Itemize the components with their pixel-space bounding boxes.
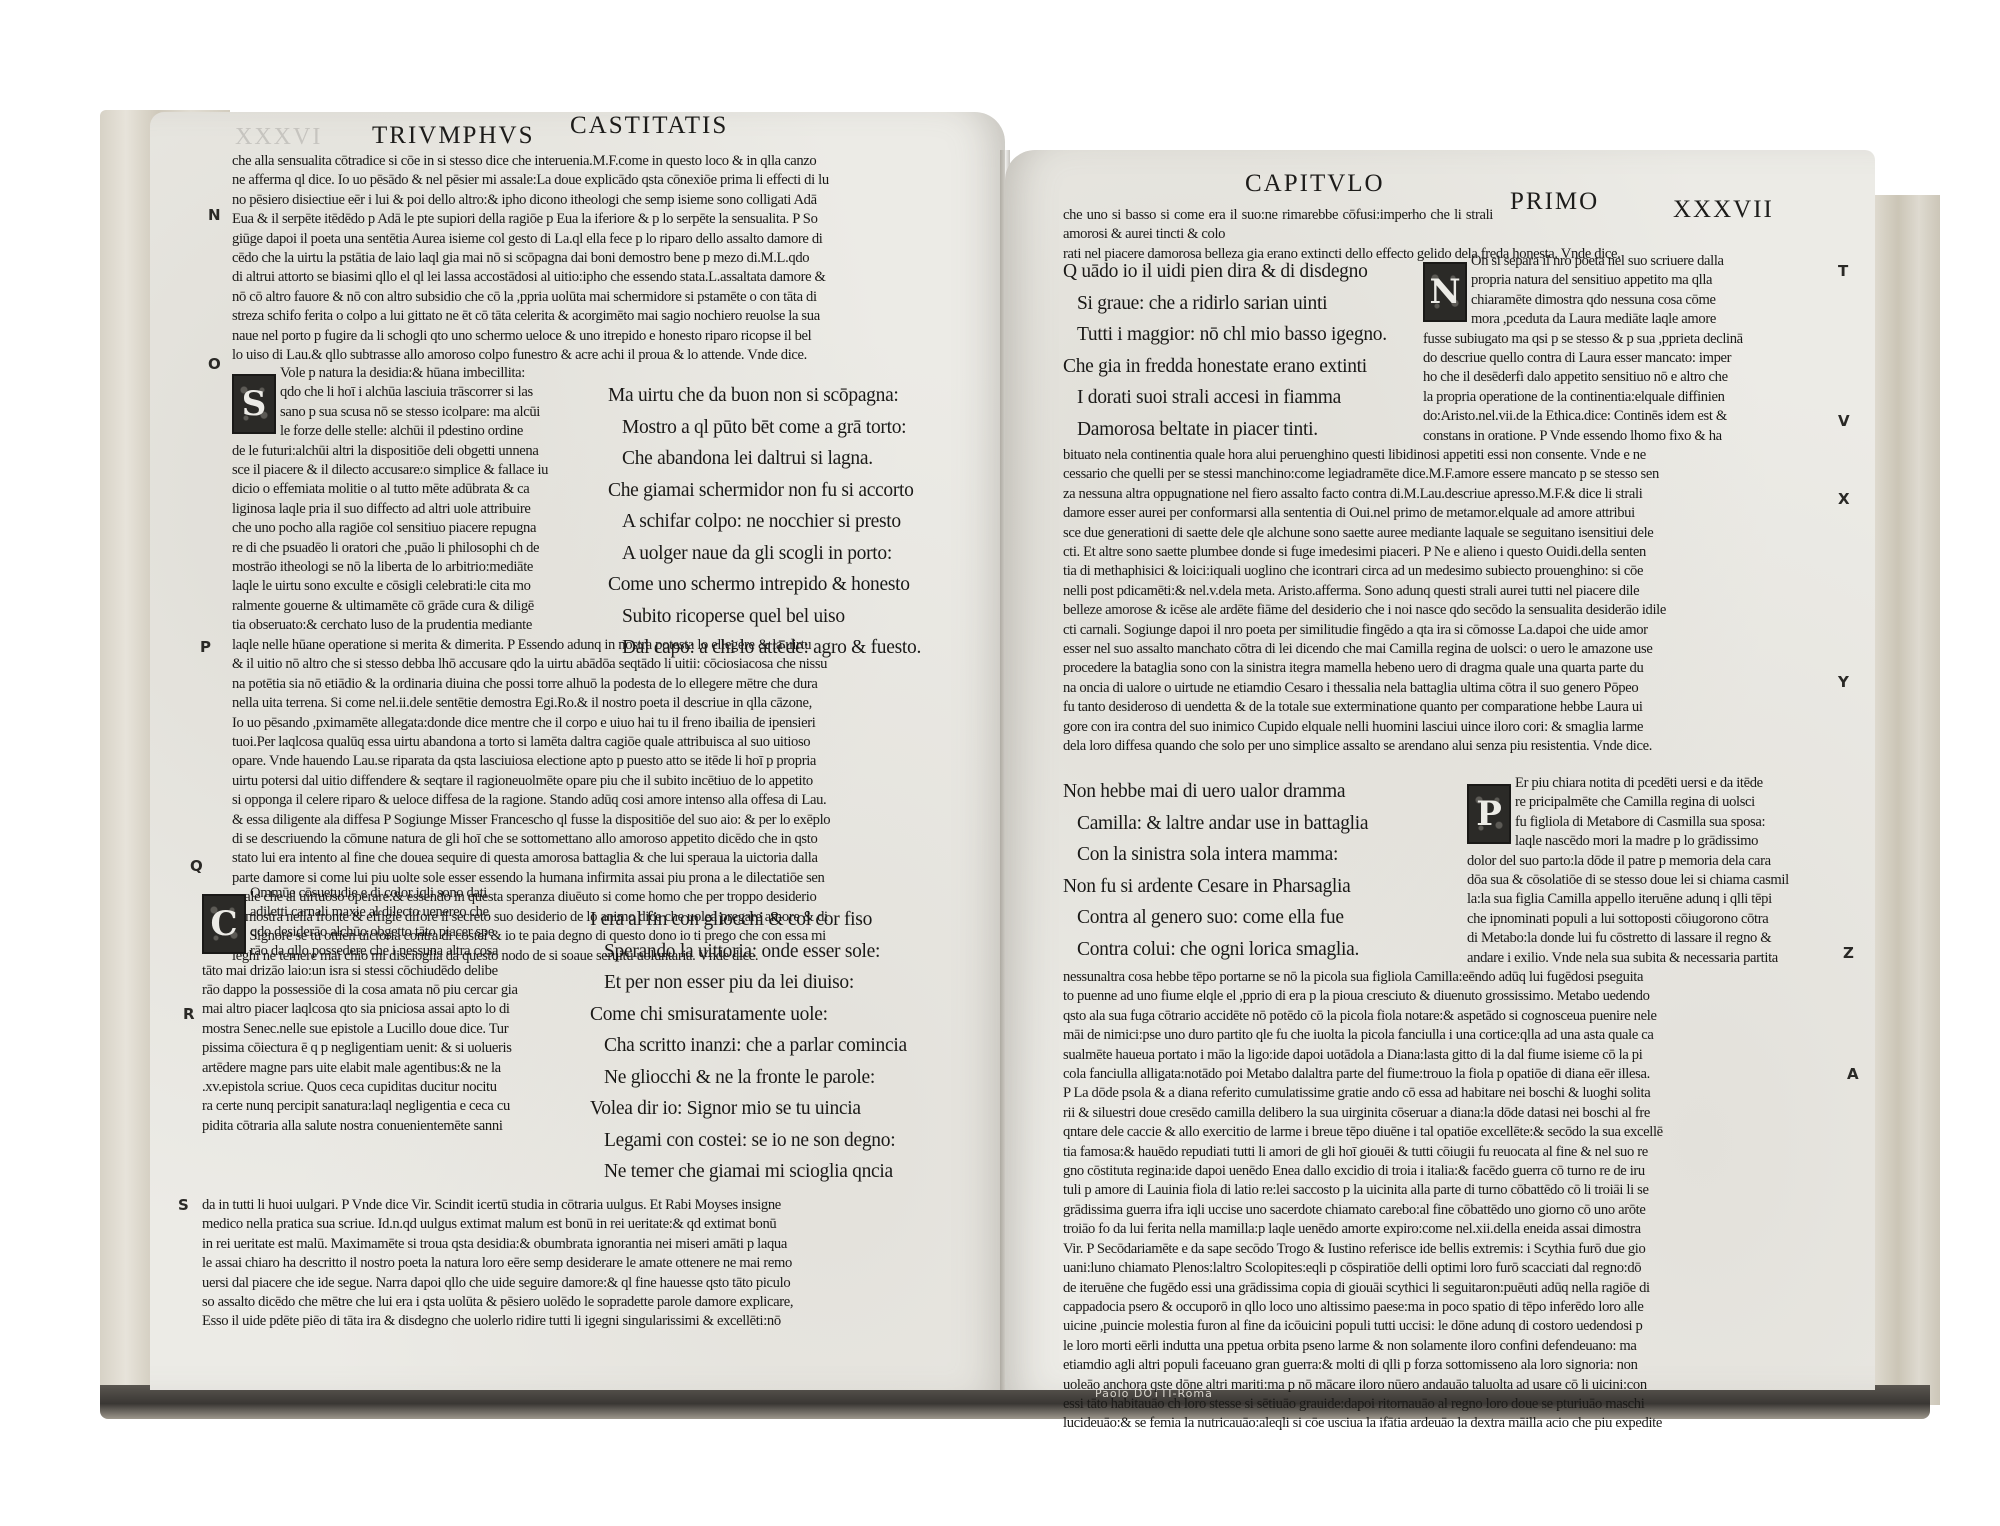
text-line: lucideuāo:& se femia la nutricauāo:aleql… — [1063, 1414, 1833, 1433]
text-line: adiletti carnali maxie al dilecto uenere… — [202, 903, 570, 922]
verse-line: I dorati suoi strali accesi in fiamma — [1063, 382, 1423, 414]
text-line: naue nel porto p fugire da li schogli qt… — [232, 327, 992, 346]
marginal-signature-y: Y — [1838, 673, 1849, 691]
text-line: de iteruēne che fugēdo essi una grādissi… — [1063, 1279, 1833, 1298]
text-line: di altrui attorto se biasimi qllo el ql … — [232, 268, 992, 287]
text-line: artēdere magne pars uite elabit male age… — [202, 1059, 570, 1078]
text-line: Ommūe cōsuetudie e di color iqli sono da… — [202, 884, 570, 903]
text-line: ho che il desēderfi dalo appetito sensit… — [1423, 368, 1823, 387]
ghost-folio-showthrough: XXXVI — [235, 124, 322, 151]
text-line: uersi dal piacere che ide segue. Narra d… — [202, 1274, 992, 1293]
text-line: di Metabo:la donde lui fu cōstretto di l… — [1467, 929, 1827, 948]
text-line: laqle nelle hūane operatione si merita &… — [232, 636, 992, 655]
text-line: P La dōde psola & a diana referito cumul… — [1063, 1084, 1833, 1103]
text-line: māi de nimici:pse uno duro partito qle f… — [1063, 1026, 1833, 1045]
text-line: nessunaltra cosa hebbe tēpo portarne se … — [1063, 968, 1833, 987]
verse-line: Che giamai schermidor non fu si accorto — [608, 475, 998, 507]
verse-line: Contra al genero suo: come ella fue — [1063, 902, 1443, 934]
text-line: liginosa laqle pria il suo diffecto ad a… — [232, 500, 587, 519]
text-line: rāo dappo la possessiōe di la cosa amata… — [202, 981, 570, 1000]
text-line: le assai chiaro ha descritto il nostro p… — [202, 1254, 992, 1273]
text-line: On si separa il nro poeta nel suo scriue… — [1423, 252, 1823, 271]
verse-line: Contra colui: che ogni lorica smaglia. — [1063, 934, 1443, 966]
marginal-signature-v: V — [1838, 412, 1850, 430]
text-line: essi tāto habitauāo ch loro stesse si sē… — [1063, 1395, 1833, 1414]
text-line: cti carnali. Sogiunge dapoi il nro poeta… — [1063, 621, 1823, 640]
text-line: Eua & il serpēte itēdēdo p Adā le pte su… — [232, 210, 992, 229]
marginal-signature-x: X — [1838, 490, 1850, 508]
verse-line: A schifar colpo: ne nocchier si presto — [608, 506, 998, 538]
verse-line: Camilla: & laltre andar use in battaglia — [1063, 808, 1443, 840]
text-line: gno cōstituta regina:ide dapoi uenēdo En… — [1063, 1162, 1833, 1181]
text-line: Er piu chiara notita di pcedēti uersi e … — [1467, 774, 1827, 793]
text-line: pissima cōiectura ē q p negligentiam uen… — [202, 1039, 570, 1058]
commentary-block-4: Ommūe cōsuetudie e di color iqli sono da… — [202, 884, 570, 1136]
marginal-signature-o: O — [208, 355, 221, 373]
text-line: uicine ,puincie molestia furon al fine d… — [1063, 1317, 1833, 1336]
marginal-signature-t: T — [1838, 262, 1848, 280]
verse-line: Ne temer che giamai mi scioglia qncia — [590, 1156, 1000, 1188]
text-line: mostra Senec.nelle sue epistole a Lucill… — [202, 1020, 570, 1039]
text-line: mai altro piacer laqlcosa qto sia pnicio… — [202, 1000, 570, 1019]
text-line: re di che psuadēo li oratori che ,puāo l… — [232, 539, 587, 558]
text-line: re pricipalmēte che Camilla regina di uo… — [1467, 793, 1827, 812]
text-line: si opponga il celere riparo & ueloce dif… — [232, 791, 992, 810]
text-line: qdo che li hoī i alchūa lasciuia trāscor… — [232, 383, 587, 402]
text-line: uoleāo anchora qste dōne altri mariti:ma… — [1063, 1376, 1833, 1395]
text-line: ne afferma ql dice. Io uo pēsādo & nel p… — [232, 171, 992, 190]
text-line: za nessuna altra oppugnatione nel fiero … — [1063, 485, 1823, 504]
text-line: ra certe nunq percipit sanatura:laql neg… — [202, 1097, 570, 1116]
verse-line: Cha scritto inanzi: che a parlar cominci… — [590, 1030, 1000, 1062]
verse-line: Sperando la uittoria: onde esser sole: — [590, 936, 1000, 968]
text-line: belleze amorose & icēse ale ardēte fiāme… — [1063, 601, 1823, 620]
text-line: qdo desiderāo alchūo obgetto tāto piacer… — [202, 923, 570, 942]
text-line: sce il piacere & il dilecto accusare:o s… — [232, 461, 587, 480]
text-line: grādissima guerra ifra iqli uccise uno s… — [1063, 1201, 1833, 1220]
text-line: di se descriuendo la cōmune natura de gl… — [232, 830, 992, 849]
text-line: cti. Et altre sono saette plumbee donde … — [1063, 543, 1823, 562]
text-line: le loro morti eērli indutta una ppetua o… — [1063, 1337, 1833, 1356]
text-line: pidita cōtraria alla salute nostra conue… — [202, 1117, 570, 1136]
text-line: da in tutti li huoi uulgari. P Vnde dice… — [202, 1196, 992, 1215]
text-line: streza schifo ferita o colpo a lui gitta… — [232, 307, 992, 326]
text-line: stato lui era intento al fine che douea … — [232, 849, 992, 868]
verse-block-2: Non hebbe mai di uero ualor dramma Camil… — [1063, 776, 1443, 965]
text-line: andare i exilio. Vnde nela sua subita & … — [1467, 949, 1827, 968]
text-line: qsto ala sua fuga cōtrario accidēte nō p… — [1063, 1007, 1833, 1026]
verse-block-1: Q uādo io il uidi pien dira & di disdegn… — [1063, 256, 1423, 445]
text-line: so assalto dicēdo che mētre che lui era … — [202, 1293, 992, 1312]
text-line: che alla sensualita cōtradice si cōe in … — [232, 152, 992, 171]
text-line: ralmente gouerne & ultimamēte cō grāde c… — [232, 597, 587, 616]
commentary-block-5: nessunaltra cosa hebbe tēpo portarne se … — [1063, 968, 1833, 1434]
marginal-signature-r: R — [183, 1005, 195, 1023]
marginal-signature-z: Z — [1843, 944, 1854, 962]
text-line: no pēsiero disiectiue eēr i lui & poi de… — [232, 191, 992, 210]
verse-block-1: Ma uirtu che da buon non si scōpagna: Mo… — [608, 380, 998, 664]
text-line: tia obseruato:& cerchato luso de la prud… — [232, 616, 587, 635]
text-line: troiāo fo da lui ferita nella mamilla:p … — [1063, 1220, 1833, 1239]
text-line: dicio o effemiata molitie o al tutto mēt… — [232, 480, 587, 499]
running-head-chapter: CAPITVLO — [1245, 170, 1385, 198]
verse-line: Come chi smisuratamente uole: — [590, 999, 1000, 1031]
text-line: procedere la bataglia sono con la sinist… — [1063, 659, 1823, 678]
text-line: mostrāo itheologi se nō la liberta de lo… — [232, 558, 587, 577]
text-line: che ipnominati populi a lui sottoposti c… — [1467, 910, 1827, 929]
text-line: giūge dapoi il poeta una sentētia Aurea … — [232, 230, 992, 249]
verse-line: Ne gliocchi & ne la fronte le parole: — [590, 1062, 1000, 1094]
verse-line: Subito ricoperse quel bel uiso — [608, 601, 998, 633]
text-line: & essa diligente ala diffesa P Sogiunge … — [232, 811, 992, 830]
commentary-block-1: che alla sensualita cōtradice si cōe in … — [232, 152, 992, 365]
text-line: .xv.epistola scriue. Quos ceca cupiditas… — [202, 1078, 570, 1097]
text-line: nella uita terrena. Si come nel.ii.dele … — [232, 694, 992, 713]
text-line: dela loro diffesa quando che solo per un… — [1063, 737, 1823, 756]
verse-line: Legami con costei: se io ne son degno: — [590, 1125, 1000, 1157]
right-page: CAPITVLO PRIMO XXXVII che uno si basso s… — [1005, 150, 1875, 1390]
text-line: mora ,pceduta da Laura mediāte laqle amo… — [1423, 310, 1823, 329]
verse-line: Mostro a ql pūto bēt come a grā torto: — [608, 412, 998, 444]
text-line: chiaramēte dimostra qdo nessuna cosa cōm… — [1423, 291, 1823, 310]
text-line: tia famosa:& hauēdo repudiati tutti li a… — [1063, 1143, 1833, 1162]
verse-line: Q uādo io il uidi pien dira & di disdegn… — [1063, 256, 1423, 288]
text-line: fusse subiugato ma qsi p se stesso & p s… — [1423, 330, 1823, 349]
commentary-block-2: On si separa il nro poeta nel suo scriue… — [1423, 252, 1823, 446]
text-line: damore esser aurei per conformarsi alla … — [1063, 504, 1823, 523]
text-line: tia di methaphisici & loici:iquali uogli… — [1063, 562, 1823, 581]
text-line: sce due generationi di saette dele qle a… — [1063, 524, 1823, 543]
verse-line: Che abandona lei daltrui si lagna. — [608, 443, 998, 475]
verse-block-2: I era al fin con gliocchi & col cor fiso… — [590, 904, 1000, 1188]
text-line: uirtu potersi dal uitio diffendere & seq… — [232, 772, 992, 791]
text-line: uani:luno chiamato Plenos:laltro Scolopi… — [1063, 1259, 1833, 1278]
text-line: fu figliola di Metabore di Casmilla sua … — [1467, 813, 1827, 832]
text-line: rāo da qllo possedere che i nessuna altr… — [202, 942, 570, 961]
text-line: cola fanciulla alligata:notādo poi Metab… — [1063, 1065, 1833, 1084]
running-head-left: TRIVMPHVS — [372, 122, 534, 150]
text-line: etiamdio agli altri populi faceuano gran… — [1063, 1356, 1833, 1375]
right-cover-edge — [1870, 195, 1940, 1405]
text-line: de le futuri:alchūi altri la dispositiōe… — [232, 442, 587, 461]
text-line: Vir. P Secōdariamēte e da sape secōdo Tr… — [1063, 1240, 1833, 1259]
text-line: na potētia sia nō etiādio & la ordinaria… — [232, 675, 992, 694]
text-line: laqle le uirtu sono exculte e cōsigli ce… — [232, 577, 587, 596]
text-line: tāto mai drizāo laio:un isra si stessi c… — [202, 962, 570, 981]
verse-line: Damorosa beltate in piacer tinti. — [1063, 414, 1423, 446]
text-line: esser nel suo assalto manchato cōtra di … — [1063, 640, 1823, 659]
text-line: Esso il uide pdēte piēo di tāta ira & di… — [202, 1312, 992, 1331]
open-book: Paolo DOTTI-Roma XXXVI TRIVMPHVS CASTITA… — [0, 0, 2000, 1526]
text-line: propria natura del sensitiuo appetito ma… — [1423, 271, 1823, 290]
marginal-signature-n: N — [208, 206, 221, 224]
text-line: dōa sua & cōsolatiōe di se stesso doue l… — [1467, 871, 1827, 890]
text-line: che uno pocho alla ragiōe col sensitiuo … — [232, 519, 587, 538]
marginal-signature-q: Q — [190, 857, 203, 875]
text-line: lo uiso di Lau.& qllo subtrasse allo amo… — [232, 346, 992, 365]
text-line: medico nella pratica sua scriue. Id.n.qd… — [202, 1215, 992, 1234]
text-line: nō cō altro fauore & nō con altro subsid… — [232, 288, 992, 307]
marginal-signature-p: P — [200, 638, 211, 656]
verse-line: Volea dir io: Signor mio se tu uincia — [590, 1093, 1000, 1125]
verse-line: A uolger naue da gli scogli in porto: — [608, 538, 998, 570]
text-line: Io uo pēsando ,pximamēte allegata:donde … — [232, 714, 992, 733]
commentary-block-3: bituato nela continentia quale hora alui… — [1063, 446, 1823, 757]
text-line: tuli p amore di Lauinia fiola di latio r… — [1063, 1181, 1833, 1200]
text-line: & il uitio nō altro che si stesso debba … — [232, 655, 992, 674]
verse-line: Come uno schermo intrepido & honesto — [608, 569, 998, 601]
verse-line: Tutti i maggior: nō chl mio basso igegno… — [1063, 319, 1423, 351]
text-line: cappadocia psero & occuporō in qllo loco… — [1063, 1298, 1833, 1317]
running-head-right: CASTITATIS — [570, 112, 728, 140]
marginal-signature-s: S — [178, 1196, 189, 1214]
verse-line: Che gia in fredda honestate erano extint… — [1063, 351, 1423, 383]
text-line: che uno si basso si come era il suo:ne r… — [1063, 206, 1493, 245]
text-line: to puenne ad uno fiume elqle el ,pprio d… — [1063, 987, 1833, 1006]
text-line: le forze delle stelle: alchūi il pdestin… — [232, 422, 587, 441]
text-line: laqle nascēdo mori la madre p lo grādiss… — [1467, 832, 1827, 851]
text-line: sualmēte haueua portato i māo la ligo:id… — [1063, 1046, 1833, 1065]
text-line: cēdo che la uirtu la pstātia de laio laq… — [232, 249, 992, 268]
text-line: la propria operatione de la continentia:… — [1423, 388, 1823, 407]
text-line: cessario che quelli per se stessi manchi… — [1063, 465, 1823, 484]
commentary-block-2: Vole p natura la desidia:& hūana imbecil… — [232, 364, 587, 636]
text-line: gore con ira contra del suo inimico Cupi… — [1063, 718, 1823, 737]
commentary-block-5: da in tutti li huoi uulgari. P Vnde dice… — [202, 1196, 992, 1332]
verse-line: Con la sinistra sola intera mamma: — [1063, 839, 1443, 871]
verse-line: Et per non esser piu da lei diuiso: — [590, 967, 1000, 999]
verse-line: I era al fin con gliocchi & col cor fiso — [590, 904, 1000, 936]
marginal-signature-a: A — [1847, 1065, 1859, 1083]
text-line: nelli post pdicamēti:& nel.v.dela meta. … — [1063, 582, 1823, 601]
verse-line: Non hebbe mai di uero ualor dramma — [1063, 776, 1443, 808]
text-line: dolor del suo parto:la dōde il patre p m… — [1467, 852, 1827, 871]
verse-line: Ma uirtu che da buon non si scōpagna: — [608, 380, 998, 412]
text-line: na oncia di ualore o uirtude ne etiamdio… — [1063, 679, 1823, 698]
text-line: opare. Vnde hauendo Lau.se riparata da q… — [232, 752, 992, 771]
text-line: la:la sua figlia Camilla appello iteruēn… — [1467, 890, 1827, 909]
text-line: fu tanto desideroso di uendetta & de la … — [1063, 698, 1823, 717]
left-page: XXXVI TRIVMPHVS CASTITATIS che alla sens… — [150, 112, 1005, 1390]
verse-line: Non fu si ardente Cesare in Pharsaglia — [1063, 871, 1443, 903]
text-line: qntare dele caccie & allo exercitio de l… — [1063, 1123, 1833, 1142]
text-line: do descriue quello contra di Laura esser… — [1423, 349, 1823, 368]
text-line: tuoi.Per laqlcosa qualūq essa uirtu aban… — [232, 733, 992, 752]
verse-line: Si graue: che a ridirlo sarian uinti — [1063, 288, 1423, 320]
text-line: rii & siluestri doue cresēdo camilla del… — [1063, 1104, 1833, 1123]
text-line: constans in oratione. P Vnde essendo lho… — [1423, 427, 1823, 446]
commentary-block-4: Er piu chiara notita di pcedēti uersi e … — [1467, 774, 1827, 968]
text-line: sano p sua scusa nō se stesso icolpare: … — [232, 403, 587, 422]
text-line: do:Aristo.nel.vii.de la Ethica.dice: Con… — [1423, 407, 1823, 426]
text-line: in rei ueritate est malū. Maximamēte si … — [202, 1235, 992, 1254]
text-line: Vole p natura la desidia:& hūana imbecil… — [232, 364, 587, 383]
text-line: bituato nela continentia quale hora alui… — [1063, 446, 1823, 465]
